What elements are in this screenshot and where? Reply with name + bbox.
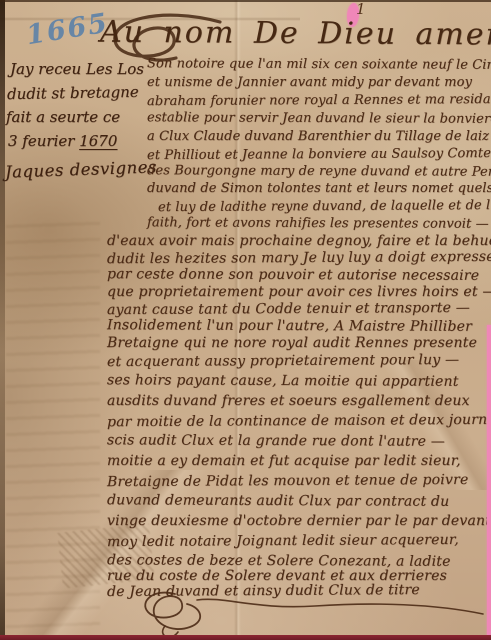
manuscript-line: ayant cause tant du Codde tenuir et tran… (107, 300, 470, 318)
margin-note-line: fait a seurte ce (6, 108, 120, 126)
manuscript-line: d'eaux avoir mais prochaine degnoy, fair… (107, 233, 491, 249)
manuscript-line: Bretaigne qui ne nore royal audit Rennes… (107, 335, 477, 351)
pink-edge-strip (487, 325, 491, 640)
page-number-mark: 1 (356, 0, 366, 18)
manuscript-line: vinge deuxiesme d'octobre dernier par le… (107, 513, 491, 529)
manuscript-line: par moitie de la continance de maison et… (107, 412, 491, 430)
bottom-photo-edge (0, 635, 491, 640)
manuscript-line: ses hoirs payant cause, La moitie qui ap… (107, 372, 459, 390)
margin-note-line: dudit st bretagne (7, 83, 139, 103)
manuscript-line: et acquerant aussy proprietairement pour… (107, 352, 459, 370)
document-heading: Au nom De Dieu amen, (100, 15, 488, 53)
manuscript-page: 1665 1 Au nom De Dieu amen, Jay receu Le… (0, 0, 491, 640)
manuscript-line: et unisme de Jannier avant midy par deva… (147, 75, 472, 90)
manuscript-line: Bretaigne de Pidat les mouvon et tenue d… (107, 472, 469, 490)
manuscript-line: que proprietairement pour avoir ces livr… (107, 284, 491, 300)
manuscript-line: a Clux Claude duvand Barenthier du Tilla… (147, 129, 491, 144)
top-photo-edge (0, 0, 491, 2)
manuscript-line: faith, fort et avons rahifies les presen… (147, 215, 489, 231)
margin-note-date: 3 feurier 1670 (8, 132, 117, 150)
left-photo-edge (0, 0, 5, 640)
manuscript-line: ausdits duvand freres et soeurs esgallem… (107, 393, 470, 409)
manuscript-line: et luy de ladithe reyne duvand, de laque… (158, 198, 491, 215)
manuscript-line: abraham forunier nore royal a Rennes et … (147, 92, 491, 109)
manuscript-line: scis audit Clux et la grande rue dont l'… (107, 432, 445, 449)
manuscript-line: duvand demeurants audit Clux par contrac… (107, 492, 449, 509)
manuscript-line: dudit les hezites son mary Je luy luy a … (107, 249, 491, 267)
manuscript-line: Son notoire que l'an mil six cen soixant… (147, 56, 491, 73)
manuscript-line: et Philliout et Jeanne la bonviere au Sa… (147, 146, 491, 163)
margin-date-year: 1670 (79, 132, 117, 150)
margin-date-prefix: 3 feurier (8, 132, 79, 150)
manuscript-line: des Bourgongne mary de reyne duvand et a… (147, 163, 491, 180)
manuscript-line: duvand de Simon tolontes tant et leurs n… (147, 181, 491, 196)
manuscript-line: moitie a ey demain et fut acquise par le… (107, 453, 461, 469)
manuscript-line: Insolidement l'un pour l'autre, A Maistr… (107, 317, 472, 335)
margin-signature: Jaques desvignes (5, 157, 158, 181)
margin-note-line: Jay receu Les Los (10, 60, 144, 78)
manuscript-line: establie pour servir Jean duvand le sieu… (147, 110, 491, 127)
manuscript-line: par ceste donne son pouvoir et autorise … (107, 266, 479, 284)
manuscript-line: moy ledit notaire Joignant ledit sieur a… (107, 532, 459, 550)
notary-paraph-flourish (135, 586, 487, 640)
